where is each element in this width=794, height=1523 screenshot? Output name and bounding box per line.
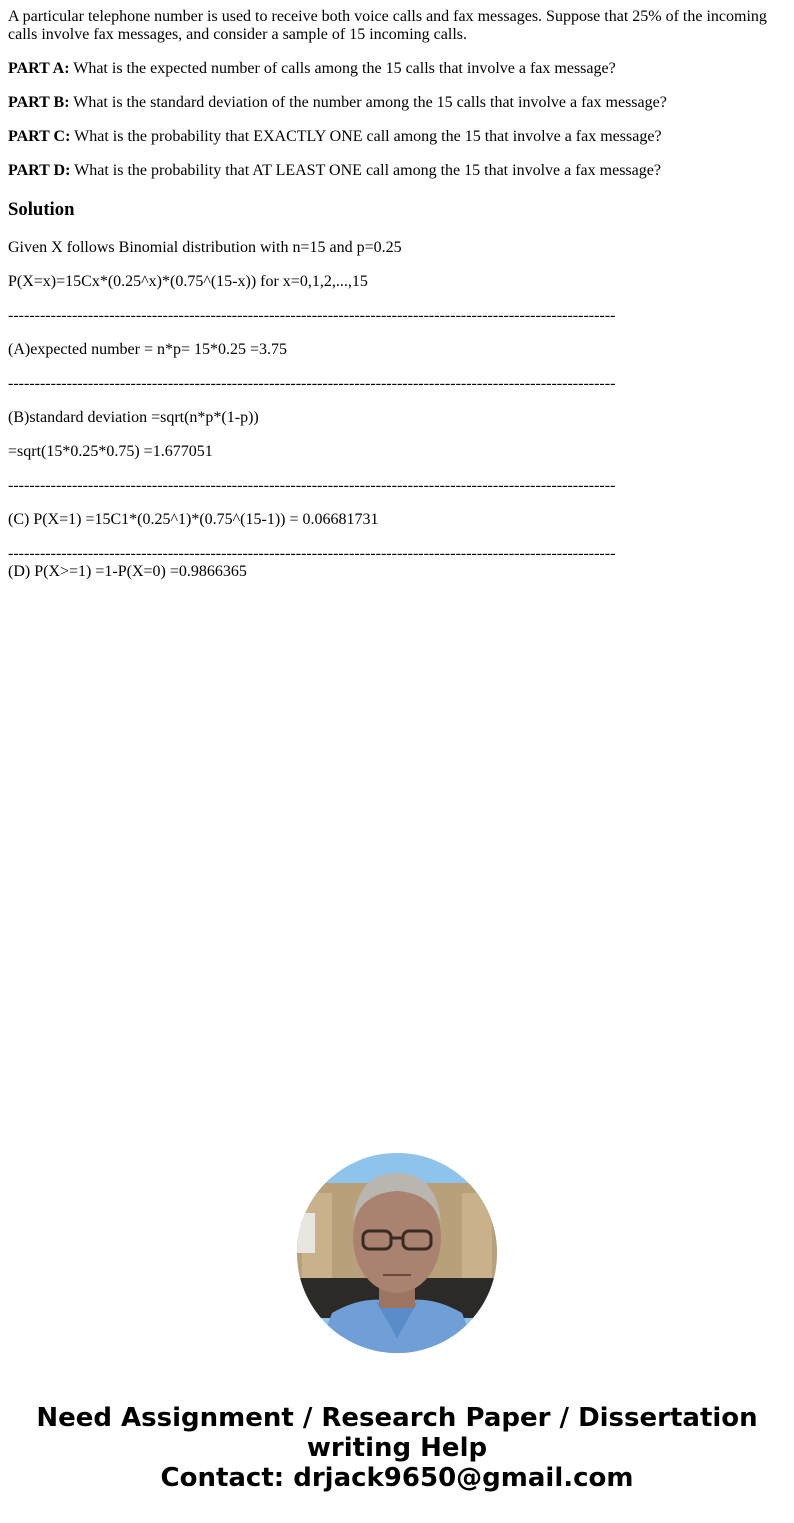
- contact-banner: Need Assignment / Research Paper / Disse…: [0, 1403, 794, 1493]
- avatar: [297, 1153, 497, 1353]
- contact-email: Contact: drjack9650@gmail.com: [0, 1463, 794, 1493]
- banner-line-1: Need Assignment / Research Paper / Disse…: [0, 1403, 794, 1433]
- part-c-label: PART C:: [8, 128, 70, 145]
- part-a-text: What is the expected number of calls amo…: [70, 60, 616, 77]
- solution-part-b-result: =sqrt(15*0.25*0.75) =1.677051: [8, 443, 213, 461]
- banner-line-2: writing Help: [0, 1433, 794, 1463]
- solution-pmf: P(X=x)=15Cx*(0.25^x)*(0.75^(15-x)) for x…: [8, 273, 368, 291]
- divider: ----------------------------------------…: [8, 375, 615, 393]
- person-photo-icon: [297, 1153, 497, 1353]
- solution-part-b-formula: (B)standard deviation =sqrt(n*p*(1-p)): [8, 409, 259, 427]
- solution-heading: Solution: [8, 199, 74, 221]
- part-d-text: What is the probability that AT LEAST ON…: [70, 162, 661, 179]
- solution-given: Given X follows Binomial distribution wi…: [8, 239, 402, 257]
- solution-part-c: (C) P(X=1) =15C1*(0.25^1)*(0.75^(15-1)) …: [8, 511, 379, 529]
- solution-part-a: (A)expected number = n*p= 15*0.25 =3.75: [8, 341, 287, 359]
- part-b-label: PART B:: [8, 94, 70, 111]
- part-c: PART C: What is the probability that EXA…: [8, 128, 662, 146]
- divider: ----------------------------------------…: [8, 545, 615, 563]
- solution-part-d: (D) P(X>=1) =1-P(X=0) =0.9866365: [8, 563, 247, 581]
- part-c-text: What is the probability that EXACTLY ONE…: [70, 128, 661, 145]
- part-d-label: PART D:: [8, 162, 70, 179]
- part-b: PART B: What is the standard deviation o…: [8, 94, 667, 112]
- part-d: PART D: What is the probability that AT …: [8, 162, 661, 180]
- question-intro: A particular telephone number is used to…: [8, 8, 778, 44]
- divider: ----------------------------------------…: [8, 477, 615, 495]
- part-a-label: PART A:: [8, 60, 70, 77]
- divider: ----------------------------------------…: [8, 307, 615, 325]
- part-b-text: What is the standard deviation of the nu…: [70, 94, 667, 111]
- part-a: PART A: What is the expected number of c…: [8, 60, 616, 78]
